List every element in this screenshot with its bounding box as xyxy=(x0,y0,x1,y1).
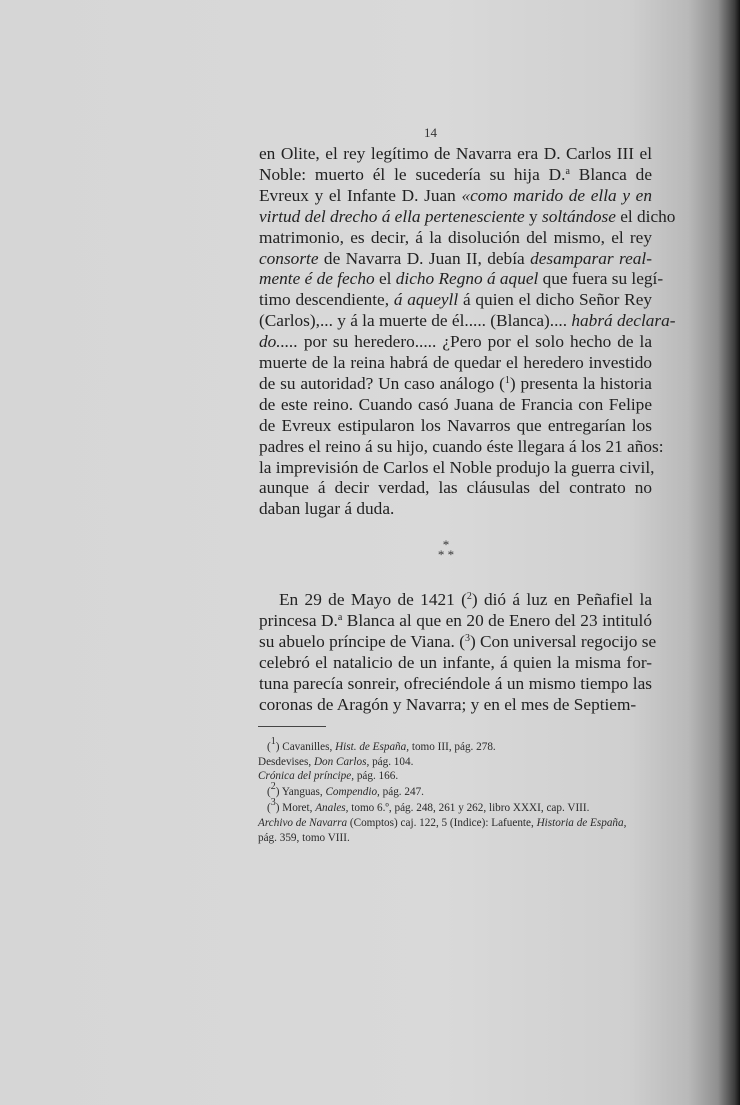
italic-run: do..... xyxy=(259,332,298,351)
text-run: tuna parecía sonreir, ofreciéndole á un … xyxy=(259,674,652,693)
text-run: ) dió á luz en Peñafiel la xyxy=(472,590,652,609)
text-run: (Carlos),... y á la muerte de él..... (B… xyxy=(259,311,571,330)
italic-run: habrá declara- xyxy=(571,311,675,330)
text-run: de este reino. Cuando casó Juana de Fran… xyxy=(259,395,652,414)
italic-run: Don Carlos, xyxy=(314,756,369,768)
text-run: en Olite, el rey legítimo de Navarra era… xyxy=(259,144,652,163)
paragraph-1-line: virtud del drecho á ella pertenesciente … xyxy=(259,206,652,228)
italic-run: «como marido de ella y en xyxy=(461,186,652,205)
footnote-line: Archivo de Navarra (Comptos) caj. 122, 5… xyxy=(258,816,626,831)
text-run: ) Con universal regocijo se xyxy=(470,632,656,651)
text-run: que fuera su legí- xyxy=(538,269,663,288)
paragraph-1-line: de este reino. Cuando casó Juana de Fran… xyxy=(259,394,652,416)
text-run: ) presenta la historia xyxy=(510,374,652,393)
paragraph-1-line: Noble: muerto él le sucedería su hija D.… xyxy=(259,164,652,186)
italic-run: desamparar real- xyxy=(530,249,652,268)
paragraph-1-line: consorte de Navarra D. Juan II, debía de… xyxy=(259,248,652,270)
text-run: pág. 359, tomo VIII. xyxy=(258,832,350,844)
asterism-separator: * * * xyxy=(431,540,461,560)
text-run: matrimonio, es decir, á la disolución de… xyxy=(259,228,652,247)
paragraph-2-line: tuna parecía sonreir, ofreciéndole á un … xyxy=(259,673,652,695)
paragraph-2-line: En 29 de Mayo de 1421 (2) dió á luz en P… xyxy=(259,589,652,611)
text-run: Blanca de xyxy=(570,165,652,184)
paragraph-1-line: (Carlos),... y á la muerte de él..... (B… xyxy=(259,310,652,332)
footnote-line: Crónica del príncipe, pág. 166. xyxy=(258,769,398,784)
text-run: pág. 166. xyxy=(354,770,398,782)
text-run: coronas de Aragón y Navarra; y en el mes… xyxy=(259,695,636,714)
paragraph-2-line: celebró el natalicio de un infante, á qu… xyxy=(259,652,652,674)
text-run: á quien el dicho Señor Rey xyxy=(458,290,652,309)
footnote-line: pág. 359, tomo VIII. xyxy=(258,831,350,846)
text-run: aunque á decir verdad, las cláusulas del… xyxy=(259,478,652,497)
paragraph-1-line: mente é de fecho el dicho Regno á aquel … xyxy=(259,268,652,290)
text-run: padres el reino á su hijo, cuando éste l… xyxy=(259,437,664,456)
text-run: muerte de la reina habrá de quedar el he… xyxy=(259,353,652,372)
text-run: En 29 de Mayo de 1421 ( xyxy=(279,590,467,609)
footnote-line: Desdevises, Don Carlos, pág. 104. xyxy=(258,755,413,770)
paragraph-1-line: de Evreux estipularon los Navarros que e… xyxy=(259,415,652,437)
paragraph-2-line: princesa D.a Blanca al que en 20 de Ener… xyxy=(259,610,652,632)
text-run: timo descendiente, xyxy=(259,290,394,309)
paragraph-1-line: Evreux y el Infante D. Juan «como marido… xyxy=(259,185,652,207)
italic-run: dicho Regno á aquel xyxy=(396,269,539,288)
text-run: (Comptos) caj. 122, 5 (Indice): Lafuente… xyxy=(347,817,537,829)
text-run: y xyxy=(525,207,542,226)
text-run: tomo III, pág. 278. xyxy=(409,741,496,753)
paragraph-1-line: daban lugar á duda. xyxy=(259,498,652,520)
italic-run: consorte xyxy=(259,249,319,268)
text-run: princesa D. xyxy=(259,611,338,630)
footnote-line: (3) Moret, Anales, tomo 6.º, pág. 248, 2… xyxy=(267,801,589,816)
italic-run: Archivo de Navarra xyxy=(258,817,347,829)
paragraph-1-line: do..... por su heredero..... ¿Pero por e… xyxy=(259,331,652,353)
text-run: celebró el natalicio de un infante, á qu… xyxy=(259,653,652,672)
paragraph-1-line: la imprevisión de Carlos el Noble produj… xyxy=(259,457,652,479)
paragraph-2-line: su abuelo príncipe de Viana. (3) Con uni… xyxy=(259,631,652,653)
text-run: ) Moret, xyxy=(276,802,315,814)
text-run: Noble: muerto él le sucedería su hija D. xyxy=(259,165,565,184)
text-run: ) Cavanilles, xyxy=(276,741,335,753)
italic-run: á aqueyll xyxy=(394,290,458,309)
paragraph-1-line: matrimonio, es decir, á la disolución de… xyxy=(259,227,652,249)
footnote-divider xyxy=(258,726,326,727)
text-run: el dicho xyxy=(616,207,676,226)
paragraph-1-line: padres el reino á su hijo, cuando éste l… xyxy=(259,436,652,458)
text-run: de Evreux estipularon los Navarros que e… xyxy=(259,416,652,435)
text-run: por su heredero..... ¿Pero por el solo h… xyxy=(298,332,652,351)
text-run: de Navarra D. Juan II, debía xyxy=(319,249,531,268)
paragraph-1-line: muerte de la reina habrá de quedar el he… xyxy=(259,352,652,374)
paragraph-2-line: coronas de Aragón y Navarra; y en el mes… xyxy=(259,694,652,716)
text-run: pág. 104. xyxy=(369,756,413,768)
italic-run: mente é de fecho xyxy=(259,269,375,288)
text-run: Desdevises, xyxy=(258,756,314,768)
text-run: Evreux y el Infante D. Juan xyxy=(259,186,461,205)
paragraph-1-line: timo descendiente, á aqueyll á quien el … xyxy=(259,289,652,311)
paragraph-1-line: de su autoridad? Un caso análogo (1) pre… xyxy=(259,373,652,395)
text-run: Blanca al que en 20 de Enero del 23 inti… xyxy=(342,611,652,630)
text-run: de su autoridad? Un caso análogo ( xyxy=(259,374,505,393)
italic-run: virtud del drecho á ella pertenesciente xyxy=(259,207,525,226)
italic-run: soltándose xyxy=(542,207,616,226)
text-run: ) Yanguas, xyxy=(276,786,326,798)
text-run: pág. 247. xyxy=(380,786,424,798)
text-run: tomo 6.º, pág. 248, 261 y 262, libro XXX… xyxy=(348,802,589,814)
page-number: 14 xyxy=(424,125,437,141)
asterism-bottom: * * xyxy=(431,550,461,560)
italic-run: Hist. de España, xyxy=(335,741,409,753)
footnote-line: (2) Yanguas, Compendio, pág. 247. xyxy=(267,785,424,800)
italic-run: Compendio, xyxy=(325,786,379,798)
text-run: su abuelo príncipe de Viana. ( xyxy=(259,632,465,651)
text-run: daban lugar á duda. xyxy=(259,499,394,518)
paragraph-1-line: aunque á decir verdad, las cláusulas del… xyxy=(259,477,652,499)
text-run: la imprevisión de Carlos el Noble produj… xyxy=(259,458,654,477)
italic-run: Anales, xyxy=(315,802,348,814)
text-run: el xyxy=(375,269,396,288)
footnote-line: (1) Cavanilles, Hist. de España, tomo II… xyxy=(267,740,496,755)
paragraph-1-line: en Olite, el rey legítimo de Navarra era… xyxy=(259,143,652,165)
italic-run: Historia de España, xyxy=(537,817,627,829)
